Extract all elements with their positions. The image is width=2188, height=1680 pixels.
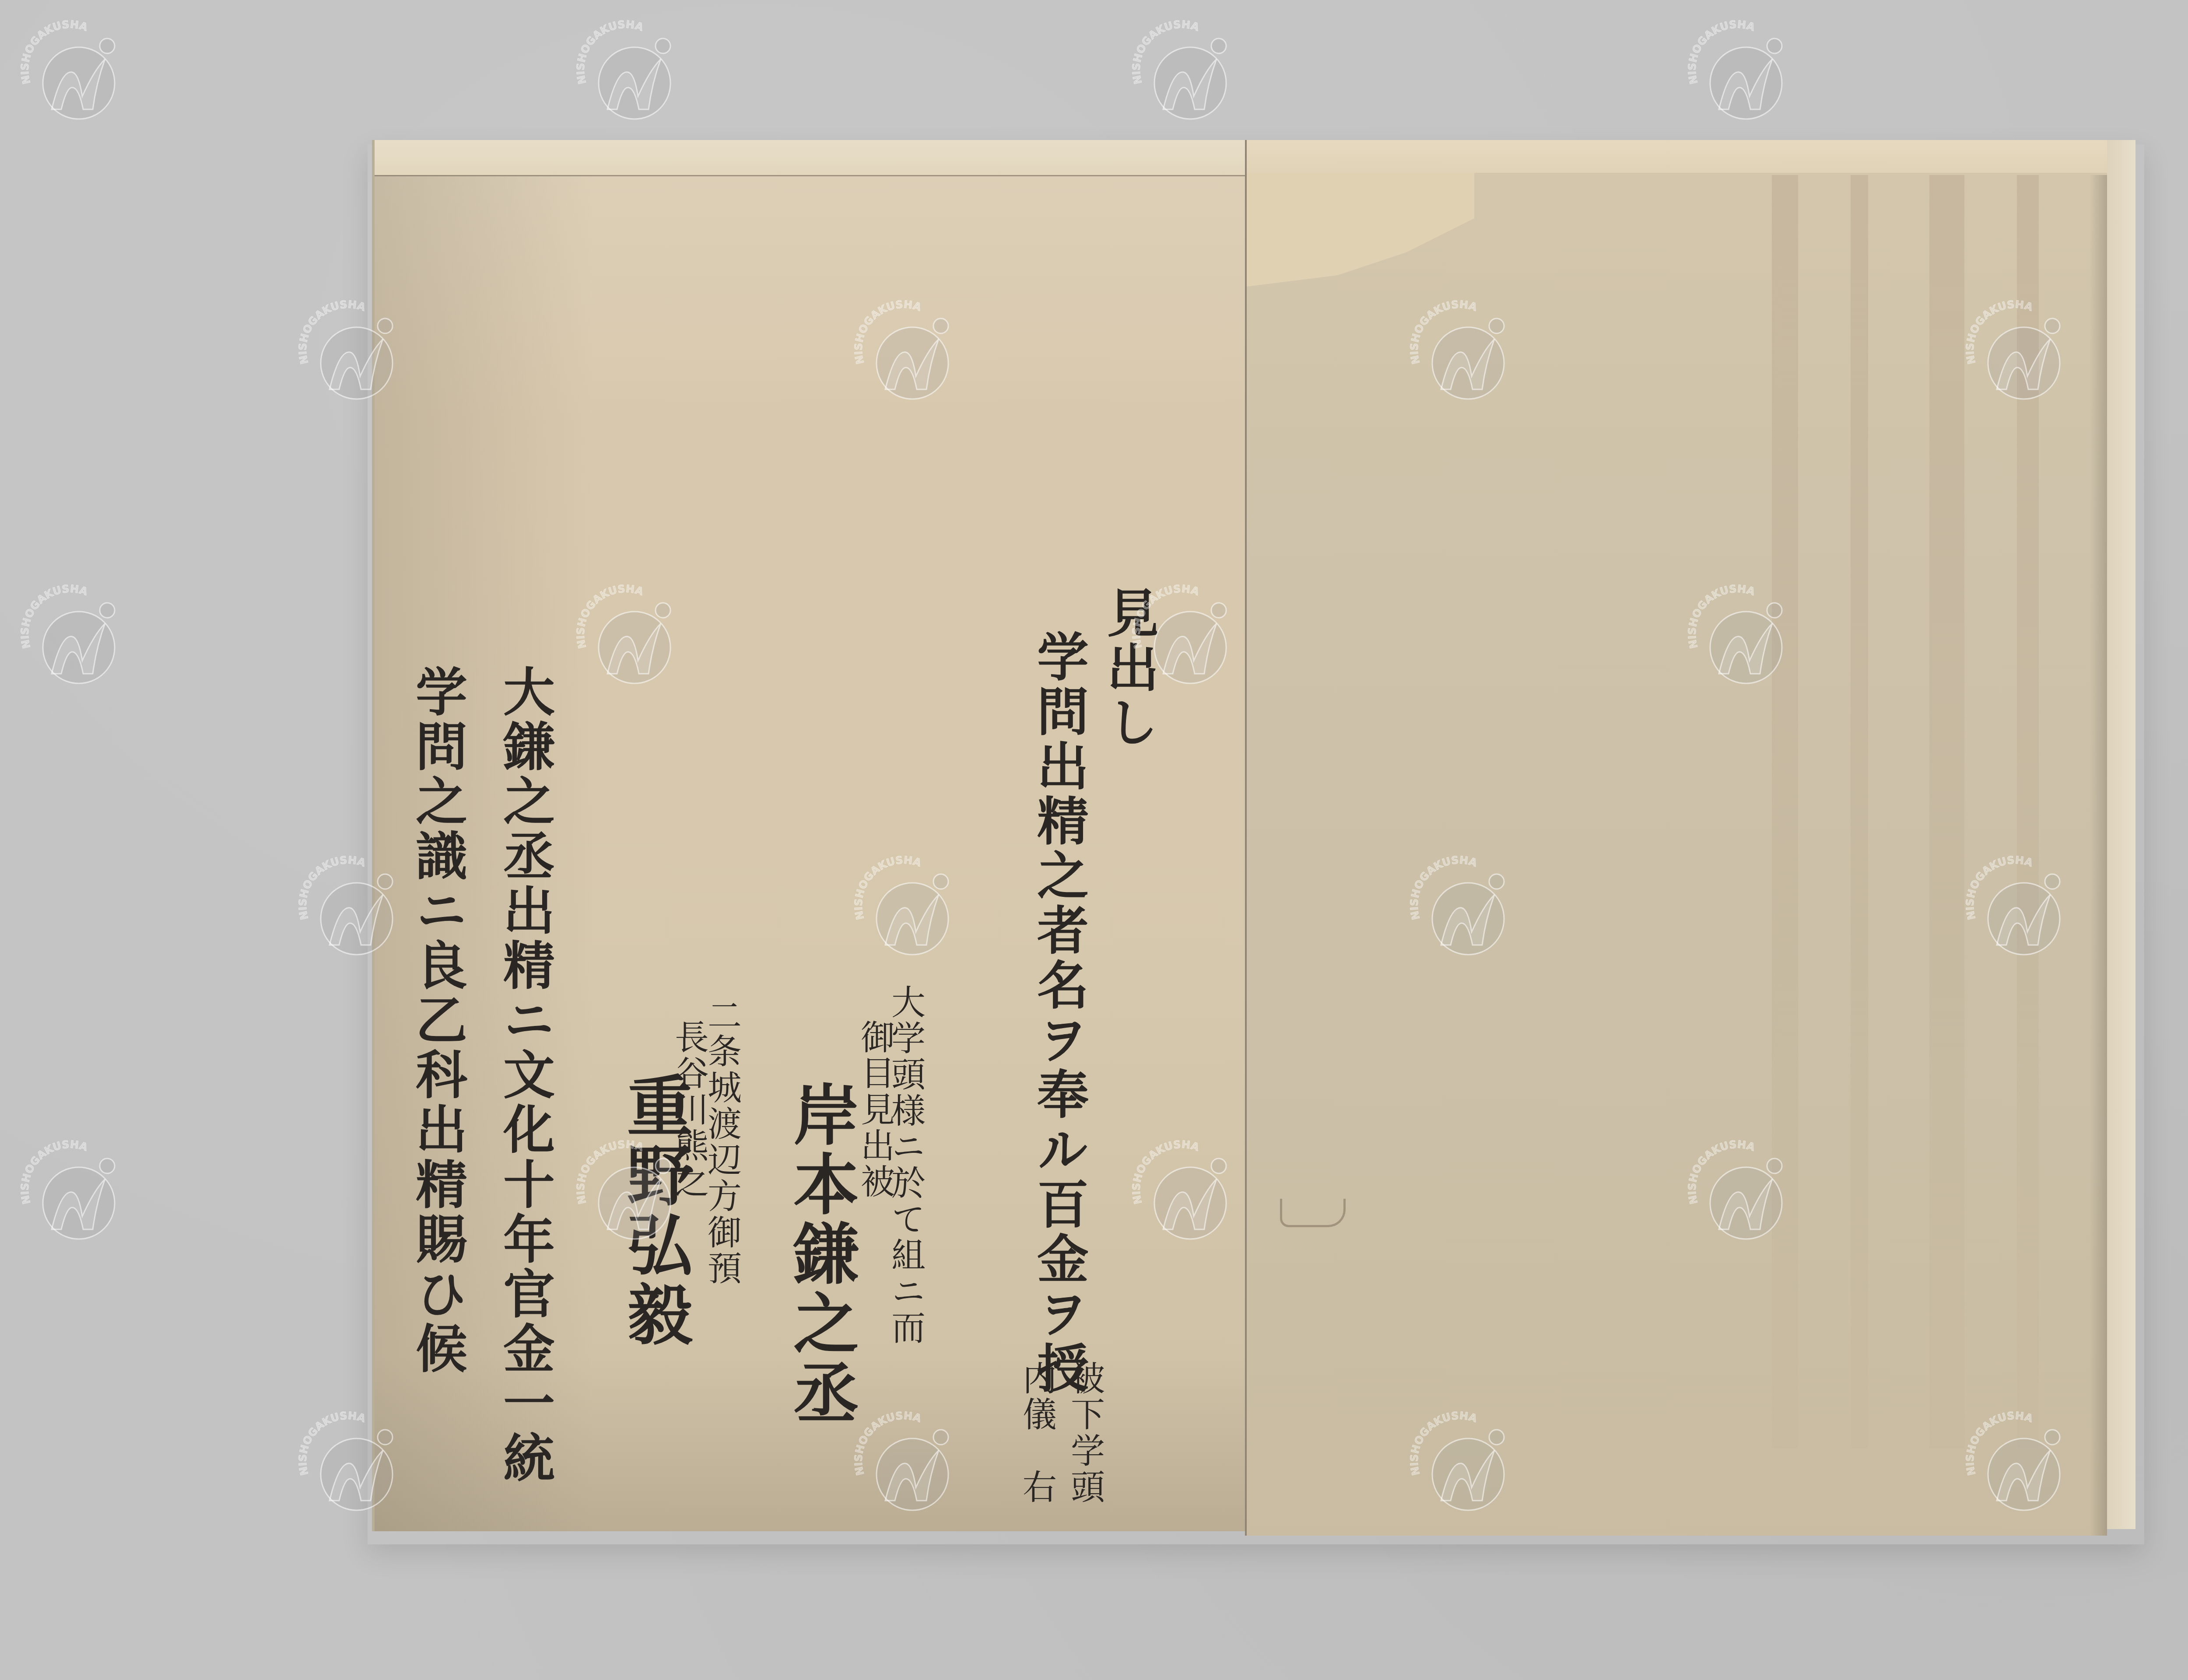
- nishogakusha-watermark-icon: NISHOGAKUSHA: [18, 17, 123, 122]
- nishogakusha-watermark-icon: NISHOGAKUSHA: [1407, 1409, 1512, 1514]
- nishogakusha-watermark-icon: NISHOGAKUSHA: [1685, 582, 1790, 687]
- nishogakusha-watermark-icon: NISHOGAKUSHA: [1129, 1137, 1234, 1242]
- nishogakusha-watermark-icon: NISHOGAKUSHA: [851, 1409, 956, 1514]
- nishogakusha-watermark-icon: NISHOGAKUSHA: [1407, 853, 1512, 958]
- nishogakusha-watermark-icon: NISHOGAKUSHA: [1685, 17, 1790, 122]
- nishogakusha-watermark-icon: NISHOGAKUSHA: [295, 1409, 400, 1514]
- nishogakusha-watermark-icon: NISHOGAKUSHA: [851, 297, 956, 402]
- nishogakusha-watermark-icon: NISHOGAKUSHA: [295, 297, 400, 402]
- nishogakusha-watermark-icon: NISHOGAKUSHA: [18, 582, 123, 687]
- nishogakusha-watermark-icon: NISHOGAKUSHA: [573, 1137, 678, 1242]
- nishogakusha-watermark-icon: NISHOGAKUSHA: [295, 853, 400, 958]
- nishogakusha-watermark-icon: NISHOGAKUSHA: [18, 1137, 123, 1242]
- nishogakusha-watermark-icon: NISHOGAKUSHA: [573, 582, 678, 687]
- nishogakusha-watermark-icon: NISHOGAKUSHA: [1963, 853, 2068, 958]
- nishogakusha-watermark-icon: NISHOGAKUSHA: [851, 853, 956, 958]
- nishogakusha-watermark-icon: NISHOGAKUSHA: [1963, 1409, 2068, 1514]
- nishogakusha-watermark-icon: NISHOGAKUSHA: [573, 17, 678, 122]
- nishogakusha-watermark-icon: NISHOGAKUSHA: [1129, 17, 1234, 122]
- nishogakusha-watermark-icon: NISHOGAKUSHA: [1963, 297, 2068, 402]
- nishogakusha-watermark-icon: NISHOGAKUSHA: [1407, 297, 1512, 402]
- watermark-layer: NISHOGAKUSHA NISHOGAKUSHA NISHOGAKUSHA: [0, 0, 2188, 1680]
- nishogakusha-watermark-icon: NISHOGAKUSHA: [1685, 1137, 1790, 1242]
- nishogakusha-watermark-icon: NISHOGAKUSHA: [1129, 582, 1234, 687]
